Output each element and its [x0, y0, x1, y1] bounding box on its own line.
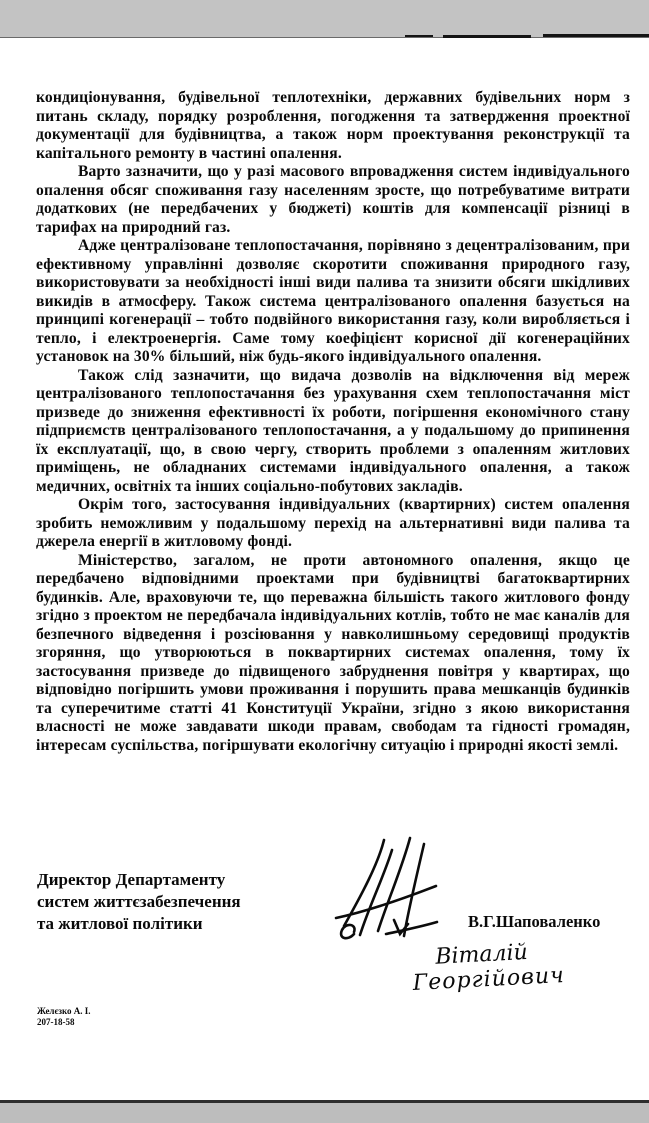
body-paragraph: кондиціонування, будівельної теплотехнік…	[36, 89, 630, 163]
scan-edge-artifact	[405, 35, 433, 37]
signature-scrawl	[334, 834, 446, 944]
executor-name: Желєзко А. І.	[37, 1006, 91, 1017]
body-paragraph: Варто зазначити, що у разі масового впро…	[36, 163, 630, 237]
handwritten-name: Віталій Георгійович	[411, 938, 566, 996]
executor-phone: 207-18-58	[37, 1017, 91, 1028]
signer-title-line: Директор Департаменту	[37, 869, 241, 891]
signer-title-line: та житлової політики	[37, 913, 241, 935]
executor-block: Желєзко А. І. 207-18-58	[37, 1006, 91, 1028]
letter-body: кондиціонування, будівельної теплотехнік…	[36, 89, 630, 755]
scanner-band-top	[0, 0, 649, 38]
scanner-band-bottom	[0, 1103, 649, 1123]
body-paragraph: Також слід зазначити, що видача дозволів…	[36, 367, 630, 497]
signer-name: В.Г.Шаповаленко	[468, 912, 600, 932]
signer-title-line: систем життєзабезпечення	[37, 891, 241, 913]
scanned-letter-page: кондиціонування, будівельної теплотехнік…	[0, 0, 649, 1123]
body-paragraph: Окрім того, застосування індивідуальних …	[36, 496, 630, 552]
body-paragraph: Адже централізоване теплопостачання, пор…	[36, 237, 630, 367]
scan-edge-artifact	[543, 34, 649, 37]
body-paragraph: Міністерство, загалом, не проти автономн…	[36, 552, 630, 756]
signer-title-block: Директор Департаменту систем життєзабезп…	[37, 869, 241, 935]
scan-edge-artifact	[443, 35, 531, 38]
